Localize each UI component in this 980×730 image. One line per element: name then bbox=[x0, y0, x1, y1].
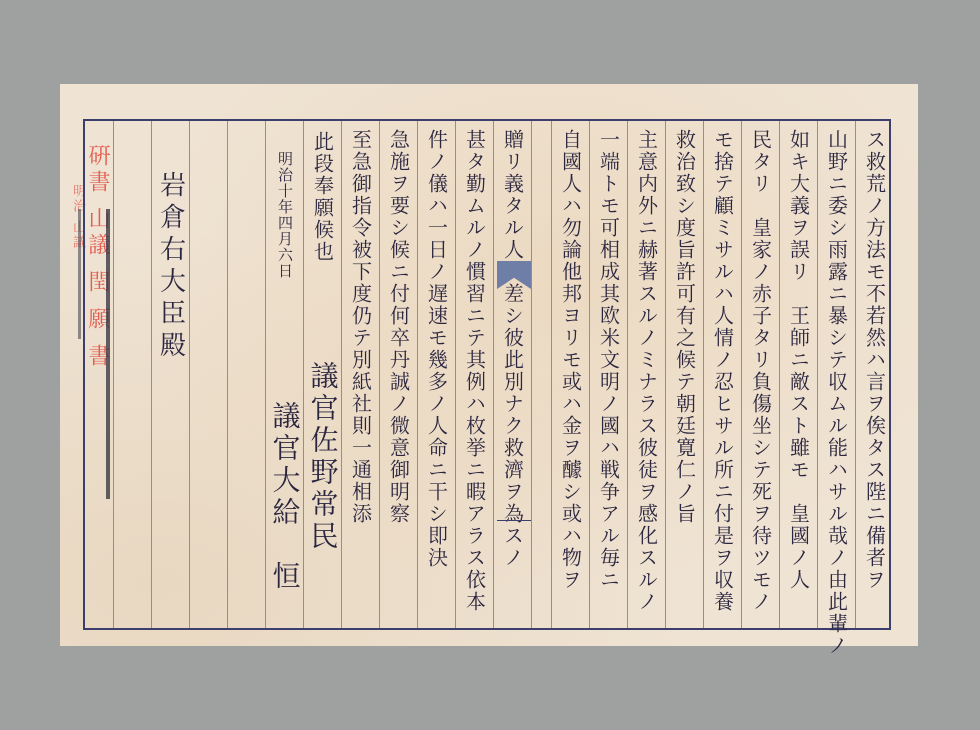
text-column: 贈リ義タル人ヲ差シ彼此別ナク救濟ヲ為スノ bbox=[493, 121, 531, 628]
date-column: 明治十年四月六日 議官大給 恒 bbox=[265, 121, 303, 628]
text-column: ス救荒ノ方法モ不若然ハ言ヲ俟タス陛ニ備者ヲ bbox=[855, 121, 893, 628]
ink-strike-line-2 bbox=[78, 209, 81, 339]
text-column: 至急御指令被下度仍テ別紙社則一通相添 bbox=[341, 121, 379, 628]
column-text: ス救荒ノ方法モ不若然ハ言ヲ俟タス陛ニ備者ヲ bbox=[865, 129, 885, 591]
closing-text: 此段奉願候也 bbox=[313, 131, 333, 263]
date-text: 明治十年四月六日 bbox=[277, 151, 292, 279]
text-column bbox=[531, 121, 551, 628]
column-text: 至急御指令被下度仍テ別紙社則一通相添 bbox=[351, 129, 371, 525]
text-column: 民タリ 皇家ノ赤子タリ負傷坐シテ死ヲ待ツモノ bbox=[741, 121, 779, 628]
blank-column bbox=[227, 121, 265, 628]
addressee-column: 岩倉右大臣殿 bbox=[151, 121, 189, 628]
column-text: 急施ヲ要シ候ニ付何卒丹誠ノ微意御明察 bbox=[389, 129, 409, 525]
closing-column: 此段奉願候也 議官佐野常民 bbox=[303, 121, 341, 628]
sender-sano: 議官佐野常民 bbox=[309, 361, 337, 553]
column-text: 救治致シ度旨許可有之候テ朝廷寛仁ノ旨 bbox=[675, 129, 695, 525]
column-text: 件ノ儀ハ一日ノ遅速モ幾多ノ人命ニ干シ即決 bbox=[427, 129, 447, 569]
text-column: 主意内外ニ赫著スルノミナラス彼徒ヲ感化スルノ bbox=[627, 121, 665, 628]
text-column: 如キ大義ヲ誤リ 王師ニ敵スト雖モ 皇國ノ人 bbox=[779, 121, 817, 628]
ruled-frame: ス救荒ノ方法モ不若然ハ言ヲ俟タス陛ニ備者ヲ 山野ニ委シ雨露ニ暴シテ収ムル能ハサル… bbox=[83, 119, 891, 630]
column-text: 甚タ勤ムルノ慣習ニテ其例ハ枚挙ニ暇アラス依本 bbox=[465, 129, 485, 613]
column-text: 主意内外ニ赫著スルノミナラス彼徒ヲ感化スルノ bbox=[637, 129, 657, 613]
column-text: 民タリ 皇家ノ赤子タリ負傷坐シテ死ヲ待ツモノ bbox=[751, 129, 771, 613]
text-column: 救治致シ度旨許可有之候テ朝廷寛仁ノ旨 bbox=[665, 121, 703, 628]
text-column: モ捨テ顧ミサルハ人情ノ忍ヒサル所ニ付是ヲ収養 bbox=[703, 121, 741, 628]
column-text: 山野ニ委シ雨露ニ暴シテ収ムル能ハサル哉ノ由此輩ノ bbox=[827, 129, 847, 657]
column-text: 如キ大義ヲ誤リ 王師ニ敵スト雖モ 皇國ノ人 bbox=[789, 129, 809, 591]
center-tick-mark bbox=[497, 520, 531, 521]
column-text: 一端トモ可相成其欧米文明ノ國ハ戦争アル毎ニ bbox=[599, 129, 619, 591]
text-column: 件ノ儀ハ一日ノ遅速モ幾多ノ人命ニ干シ即決 bbox=[417, 121, 455, 628]
blank-column bbox=[189, 121, 227, 628]
column-text: 贈リ義タル人ヲ差シ彼此別ナク救濟ヲ為スノ bbox=[503, 129, 523, 569]
text-column: 自國人ハ勿論他邦ヨリモ或ハ金ヲ醵シ或ハ物ヲ bbox=[551, 121, 589, 628]
column-text: モ捨テ顧ミサルハ人情ノ忍ヒサル所ニ付是ヲ収養 bbox=[713, 129, 733, 613]
text-column: 急施ヲ要シ候ニ付何卒丹誠ノ微意御明察 bbox=[379, 121, 417, 628]
text-column: 一端トモ可相成其欧米文明ノ國ハ戦争アル毎ニ bbox=[589, 121, 627, 628]
addressee-text: 岩倉右大臣殿 bbox=[158, 171, 184, 363]
blank-column bbox=[113, 121, 151, 628]
column-text: 自國人ハ勿論他邦ヨリモ或ハ金ヲ醵シ或ハ物ヲ bbox=[561, 129, 581, 591]
sender-ogyu: 議官大給 恒 bbox=[271, 401, 299, 593]
document-paper: 硏書 山議 閏 願 書 明治 山議 ス救荒ノ方法モ不若然ハ言ヲ俟タス陛ニ備者ヲ … bbox=[60, 84, 918, 646]
text-column: 甚タ勤ムルノ慣習ニテ其例ハ枚挙ニ暇アラス依本 bbox=[455, 121, 493, 628]
text-column: 山野ニ委シ雨露ニ暴シテ収ムル能ハサル哉ノ由此輩ノ bbox=[817, 121, 855, 628]
